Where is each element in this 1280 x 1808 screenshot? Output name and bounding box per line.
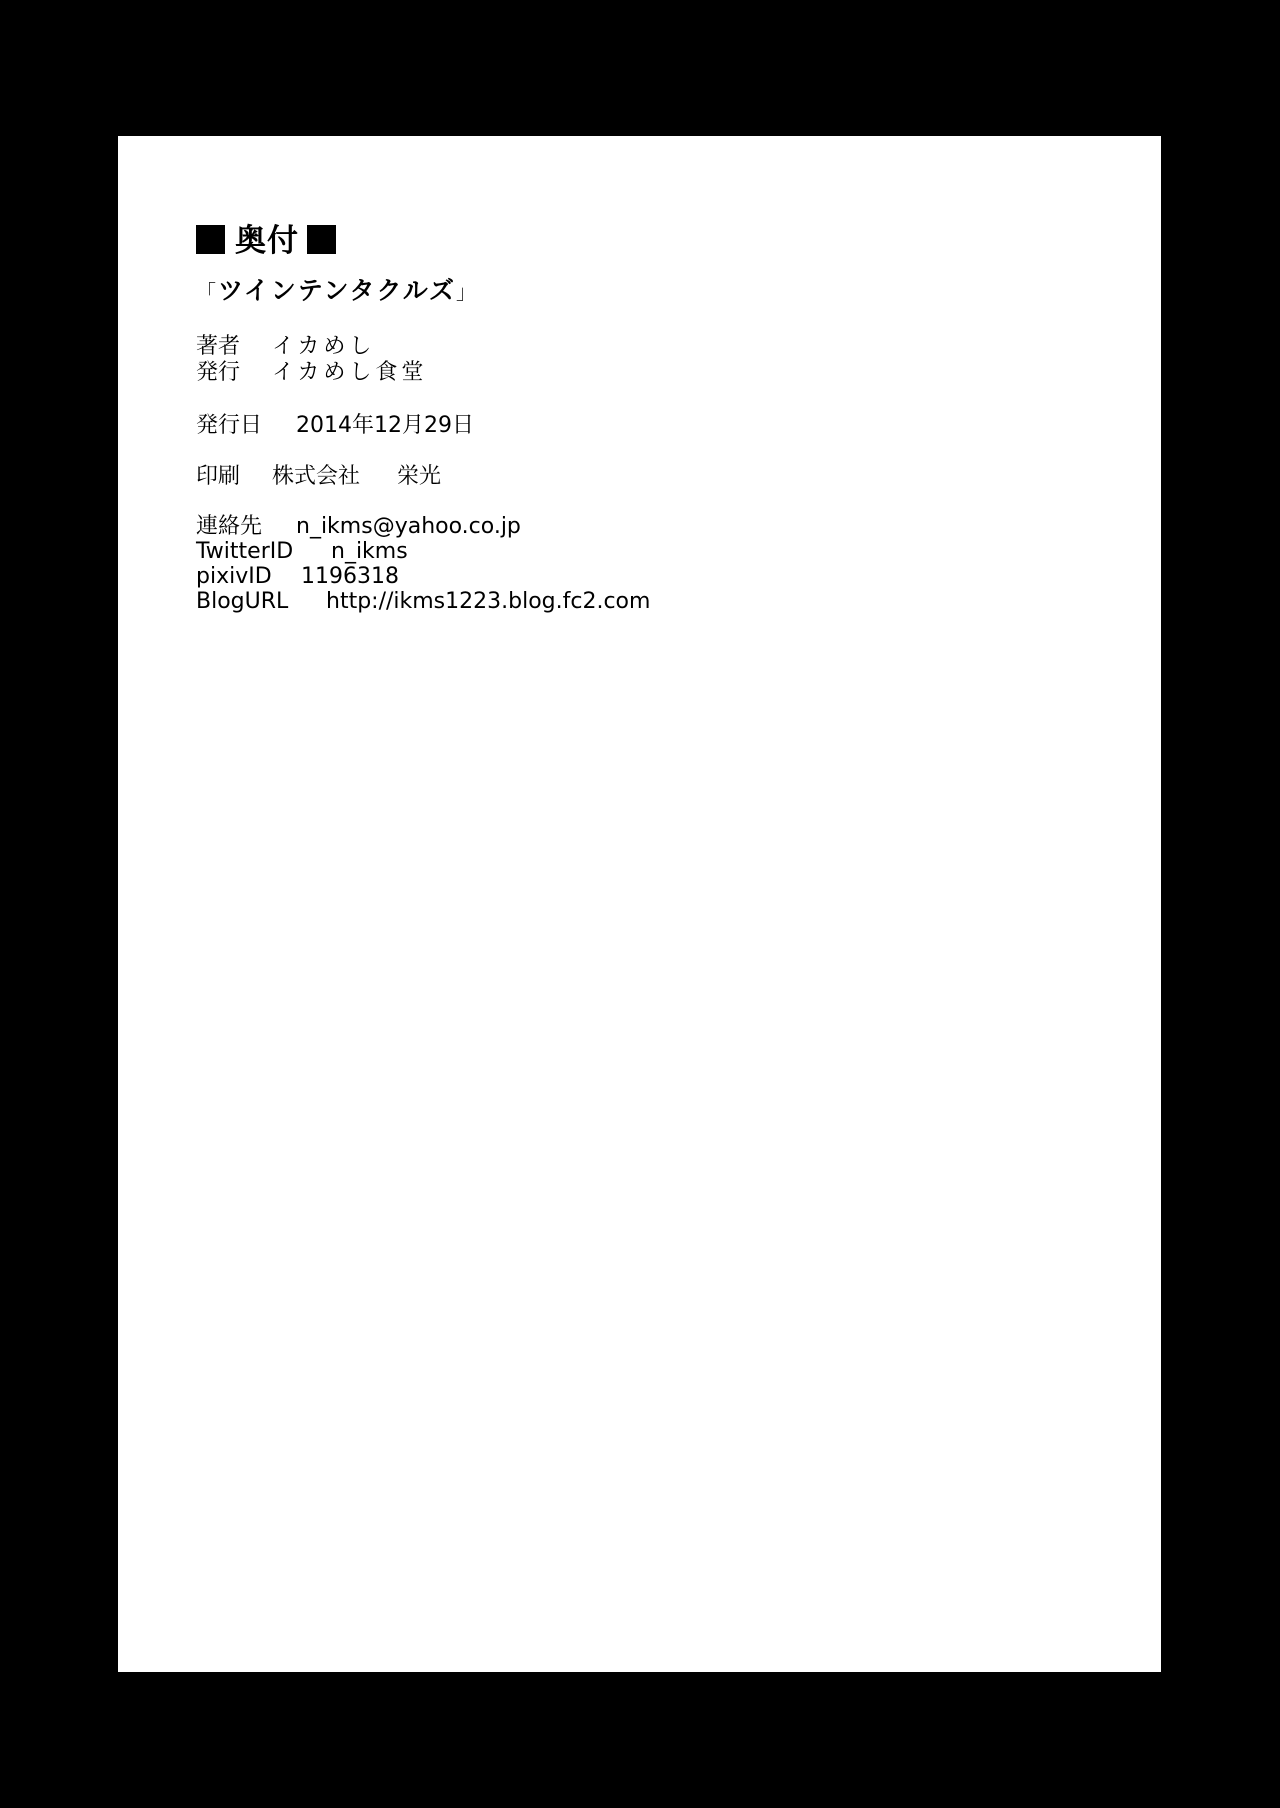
publisher-value: イカめし食堂 xyxy=(272,360,427,385)
colophon-heading-title: 奥付 xyxy=(235,223,299,259)
blog-url-label: BlogURL xyxy=(196,589,326,614)
author-label: 著者 xyxy=(196,334,272,359)
close-bracket: 」 xyxy=(456,280,478,304)
contact-email-label: 連絡先 xyxy=(196,514,296,539)
pixiv-id-row: pixivID1196318 xyxy=(196,564,399,589)
publish-date-label: 発行日 xyxy=(196,413,296,438)
work-title-text: ツインテンタクルズ xyxy=(218,276,456,305)
blog-url-value: http://ikms1223.blog.fc2.com xyxy=(326,589,650,614)
publish-date-row: 発行日2014年12月29日 xyxy=(196,413,474,438)
author-row: 著者イカめし xyxy=(196,334,375,359)
black-square-icon xyxy=(307,225,336,254)
contact-email-value: n_ikms@yahoo.co.jp xyxy=(296,514,521,539)
pixiv-id-value: 1196318 xyxy=(301,564,399,589)
printer-row: 印刷株式会社栄光 xyxy=(196,464,441,489)
printer-company-name: 栄光 xyxy=(397,464,441,489)
blog-url-row: BlogURLhttp://ikms1223.blog.fc2.com xyxy=(196,589,650,614)
publisher-row: 発行イカめし食堂 xyxy=(196,360,427,385)
twitter-id-row: TwitterIDn_ikms xyxy=(196,539,408,564)
author-value: イカめし xyxy=(272,334,375,359)
work-title: 「ツインテンタクルズ」 xyxy=(196,275,478,308)
contact-email-row: 連絡先n_ikms@yahoo.co.jp xyxy=(196,514,521,539)
open-bracket: 「 xyxy=(196,280,218,304)
colophon-page: 奥付 「ツインテンタクルズ」 著者イカめし 発行イカめし食堂 発行日2014年1… xyxy=(118,136,1161,1672)
pixiv-id-label: pixivID xyxy=(196,564,301,589)
printer-company-type: 株式会社 xyxy=(272,464,397,489)
twitter-id-value: n_ikms xyxy=(331,539,408,564)
printer-label: 印刷 xyxy=(196,464,272,489)
publish-date-value: 2014年12月29日 xyxy=(296,413,474,438)
colophon-heading: 奥付 xyxy=(196,222,336,260)
publisher-label: 発行 xyxy=(196,360,272,385)
twitter-id-label: TwitterID xyxy=(196,539,331,564)
black-square-icon xyxy=(196,225,225,254)
